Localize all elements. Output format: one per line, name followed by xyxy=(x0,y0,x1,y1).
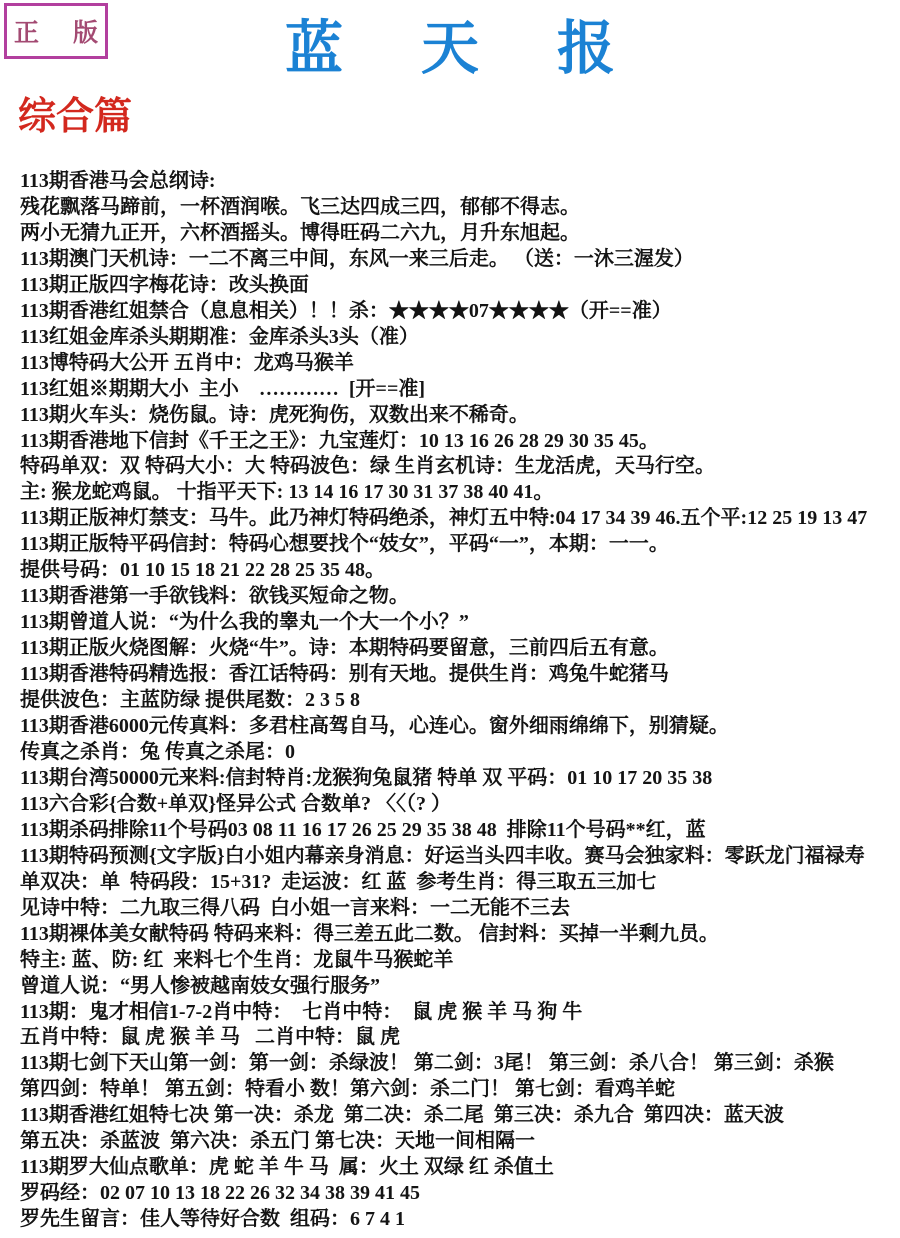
text-line: 见诗中特：二九取三得八码 白小姐一言来料：一二无能不三去 xyxy=(20,896,900,922)
text-line: 113博特码大公开 五肖中：龙鸡马猴羊 xyxy=(20,351,900,377)
text-line: 113期澳门天机诗：一二不离三中间，东风一来三后走。 （送：一沐三渥发） xyxy=(20,247,900,273)
section-heading: 综合篇 xyxy=(18,94,132,140)
text-line: 113期香港红姐特七决 第一决：杀龙 第二决：杀二尾 第三决：杀九合 第四决：蓝… xyxy=(20,1103,900,1129)
text-line: 113期：鬼才相信1-7-2肖中特： 七肖中特： 鼠 虎 猴 羊 马 狗 牛 xyxy=(20,1000,900,1026)
text-line: 113期香港红姐禁合（息息相关）！！杀：★★★★07★★★★（开==准） xyxy=(20,299,900,325)
text-line: 罗码经：02 07 10 13 18 22 26 32 34 38 39 41 … xyxy=(20,1181,900,1207)
text-line: 113红姐金库杀头期期准：金库杀头3头（准） xyxy=(20,325,900,351)
page-title: 蓝天报 xyxy=(0,14,900,84)
text-line: 特主: 蓝、防: 红 来料七个生肖：龙鼠牛马猴蛇羊 xyxy=(20,948,900,974)
text-line: 113期香港地下信封《千王之王》：九宝莲灯：10 13 16 26 28 29 … xyxy=(20,429,900,455)
text-line: 113期特码预测{文字版}白小姐内幕亲身消息：好运当头四丰收。赛马会独家料：零跃… xyxy=(20,844,900,870)
text-line: 113期火车头：烧伤鼠。诗：虎死狗伤，双数出来不稀奇。 xyxy=(20,403,900,429)
text-line: 113期台湾50000元来料:信封特肖:龙猴狗兔鼠猪 特单 双 平码：01 10… xyxy=(20,766,900,792)
text-line: 113期香港特码精选报：香江话特码：别有天地。提供生肖：鸡兔牛蛇猪马 xyxy=(20,662,900,688)
text-line: 113期七剑下天山第一剑：第一剑：杀绿波！ 第二剑：3尾！ 第三剑：杀八合！ 第… xyxy=(20,1051,900,1077)
text-line: 113期香港第一手欲钱料：欲钱买短命之物。 xyxy=(20,584,900,610)
text-line: 113期正版火烧图解：火烧“牛”。诗：本期特码要留意，三前四后五有意。 xyxy=(20,636,900,662)
text-line: 第四剑：特单！ 第五剑：特看小 数！第六剑：杀二门！ 第七剑：看鸡羊蛇 xyxy=(20,1077,900,1103)
report-page: 正版 蓝天报 综合篇 113期香港马会总纲诗: 残花飘落马蹄前，一杯酒润喉。飞三… xyxy=(0,0,900,1238)
text-line: 单双决：单 特码段：15+31? 走运波：红 蓝 参考生肖：得三取五三加七 xyxy=(20,870,900,896)
text-line: 曾道人说：“男人惨被越南妓女强行服务” xyxy=(20,974,900,1000)
text-line: 残花飘落马蹄前，一杯酒润喉。飞三达四成三四，郁郁不得志。 xyxy=(20,195,900,221)
text-line: 113期裸体美女献特码 特码来料：得三差五此二数。 信封料：买掉一半剩九员。 xyxy=(20,922,900,948)
text-line: 传真之杀肖：兔 传真之杀尾：0 xyxy=(20,740,900,766)
text-line: 113期罗大仙点歌单：虎 蛇 羊 牛 马 属：火土 双绿 红 杀值土 xyxy=(20,1155,900,1181)
text-line: 113期香港马会总纲诗: xyxy=(20,169,900,195)
text-line: 113期正版四字梅花诗：改头换面 xyxy=(20,273,900,299)
text-line: 主: 猴龙蛇鸡鼠。 十指平天下: 13 14 16 17 30 31 37 38… xyxy=(20,480,900,506)
text-line: 113期正版神灯禁支：马牛。此乃神灯特码绝杀，神灯五中特:04 17 34 39… xyxy=(20,506,900,532)
text-line: 特码单双：双 特码大小：大 特码波色：绿 生肖玄机诗：生龙活虎，天马行空。 xyxy=(20,454,900,480)
text-line: 两小无猜九正开，六杯酒摇头。博得旺码二六九，月升东旭起。 xyxy=(20,221,900,247)
text-line: 提供波色：主蓝防绿 提供尾数：2 3 5 8 xyxy=(20,688,900,714)
text-line: 五肖中特：鼠 虎 猴 羊 马 二肖中特：鼠 虎 xyxy=(20,1025,900,1051)
text-line: 第五决：杀蓝波 第六决：杀五门 第七决：天地一间相隔一 xyxy=(20,1129,900,1155)
report-body: 113期香港马会总纲诗: 残花飘落马蹄前，一杯酒润喉。飞三达四成三四，郁郁不得志… xyxy=(20,169,900,1233)
text-line: 113期香港6000元传真料：多君柱高驾自马，心连心。窗外细雨绵绵下，别猜疑。 xyxy=(20,714,900,740)
text-line: 113六合彩{合数+单双}怪异公式 合数单? 〈〈（? ） xyxy=(20,792,900,818)
page-title-text: 蓝天报 xyxy=(285,16,693,81)
text-line: 113红姐※期期大小 主小 ………… [开==准] xyxy=(20,377,900,403)
text-line: 提供号码：01 10 15 18 21 22 28 25 35 48。 xyxy=(20,558,900,584)
text-line: 113期杀码排除11个号码03 08 11 16 17 26 25 29 35 … xyxy=(20,818,900,844)
text-line: 113期正版特平码信封：特码心想要找个“妓女”，平码“一”，本期：一一。 xyxy=(20,532,900,558)
text-line: 罗先生留言：佳人等待好合数 组码：6 7 4 1 xyxy=(20,1207,900,1233)
text-line: 113期曾道人说：“为什么我的睾丸一个大一个小？” xyxy=(20,610,900,636)
